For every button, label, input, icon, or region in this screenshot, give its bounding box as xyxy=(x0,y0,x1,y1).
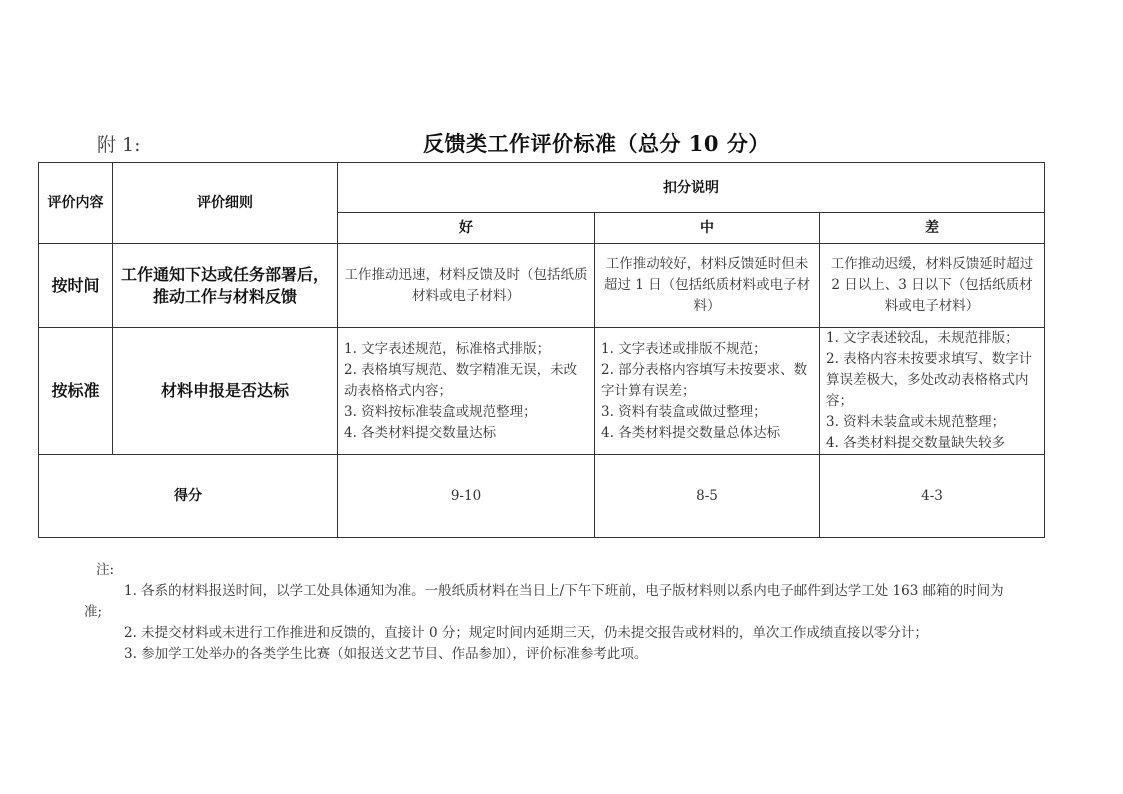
note-item: 2. 未提交材料或未进行工作推进和反馈的，直接计 0 分；规定时间内延期三天，仍… xyxy=(96,623,1016,644)
list-item: 1. 文字表述或排版不规范； xyxy=(601,339,813,360)
header-level-good: 好 xyxy=(338,213,595,244)
header-content: 评价内容 xyxy=(39,163,113,244)
list-item: 3. 资料未装盒或未规范整理； xyxy=(826,412,1038,433)
list-item: 4. 各类材料提交数量达标 xyxy=(344,423,588,444)
notes-label: 注: xyxy=(96,560,1016,581)
score-poor: 4-3 xyxy=(820,455,1045,538)
note-item: 3. 参加学工处举办的各类学生比赛（如报送文艺节目、作品参加），评价标准参考此项… xyxy=(96,644,1016,665)
list-item: 1. 文字表述规范，标准格式排版； xyxy=(344,339,588,360)
header-level-poor: 差 xyxy=(820,213,1045,244)
score-medium: 8-5 xyxy=(595,455,820,538)
notes-section: 注: 1. 各系的材料报送时间，以学工处具体通知为准。一般纸质材料在当日上/下午… xyxy=(96,560,1016,665)
score-label: 得分 xyxy=(39,455,338,538)
header-rules: 评价细则 xyxy=(113,163,338,244)
evaluation-table: 评价内容 评价细则 扣分说明 好 中 差 按时间 工作通知下达或任务部署后，推动… xyxy=(38,162,1045,538)
row-category: 按标准 xyxy=(39,328,113,455)
page-title: 反馈类工作评价标准（总分 10 分） xyxy=(423,128,770,158)
score-good: 9-10 xyxy=(338,455,595,538)
table-row: 按标准 材料申报是否达标 1. 文字表述规范，标准格式排版； 2. 表格填写规范… xyxy=(39,328,1045,455)
list-item: 4. 各类材料提交数量总体达标 xyxy=(601,423,813,444)
header-deduction: 扣分说明 xyxy=(338,163,1045,213)
cell-medium: 工作推动较好，材料反馈延时但未超过 1 日（包括纸质材料或电子材料） xyxy=(595,244,820,328)
row-category: 按时间 xyxy=(39,244,113,328)
row-rule: 工作通知下达或任务部署后，推动工作与材料反馈 xyxy=(113,244,338,328)
list-item: 2. 部分表格内容填写未按要求、数字计算有误差； xyxy=(601,360,813,402)
list-item: 1. 文字表述较乱，未规范排版； xyxy=(826,328,1038,349)
cell-good: 工作推动迅速，材料反馈及时（包括纸质材料或电子材料） xyxy=(338,244,595,328)
cell-poor: 工作推动迟缓，材料反馈延时超过 2 日以上、3 日以下（包括纸质材料或电子材料） xyxy=(820,244,1045,328)
row-rule: 材料申报是否达标 xyxy=(113,328,338,455)
list-item: 4. 各类材料提交数量缺失较多 xyxy=(826,433,1038,454)
table-row: 按时间 工作通知下达或任务部署后，推动工作与材料反馈 工作推动迅速，材料反馈及时… xyxy=(39,244,1045,328)
cell-medium: 1. 文字表述或排版不规范； 2. 部分表格内容填写未按要求、数字计算有误差； … xyxy=(595,328,820,455)
list-item: 3. 资料有装盒或做过整理； xyxy=(601,402,813,423)
list-item: 2. 表格填写规范、数字精准无误，未改动表格格式内容； xyxy=(344,360,588,402)
list-item: 2. 表格内容未按要求填写、数字计算误差极大，多处改动表格格式内容； xyxy=(826,349,1038,412)
cell-poor: 1. 文字表述较乱，未规范排版； 2. 表格内容未按要求填写、数字计算误差极大，… xyxy=(820,328,1045,455)
note-item: 1. 各系的材料报送时间，以学工处具体通知为准。一般纸质材料在当日上/下午下班前… xyxy=(84,581,1016,623)
score-row: 得分 9-10 8-5 4-3 xyxy=(39,455,1045,538)
header-level-medium: 中 xyxy=(595,213,820,244)
list-item: 3. 资料按标准装盒或规范整理； xyxy=(344,402,588,423)
cell-good: 1. 文字表述规范，标准格式排版； 2. 表格填写规范、数字精准无误，未改动表格… xyxy=(338,328,595,455)
annex-label: 附 1: xyxy=(97,130,141,157)
